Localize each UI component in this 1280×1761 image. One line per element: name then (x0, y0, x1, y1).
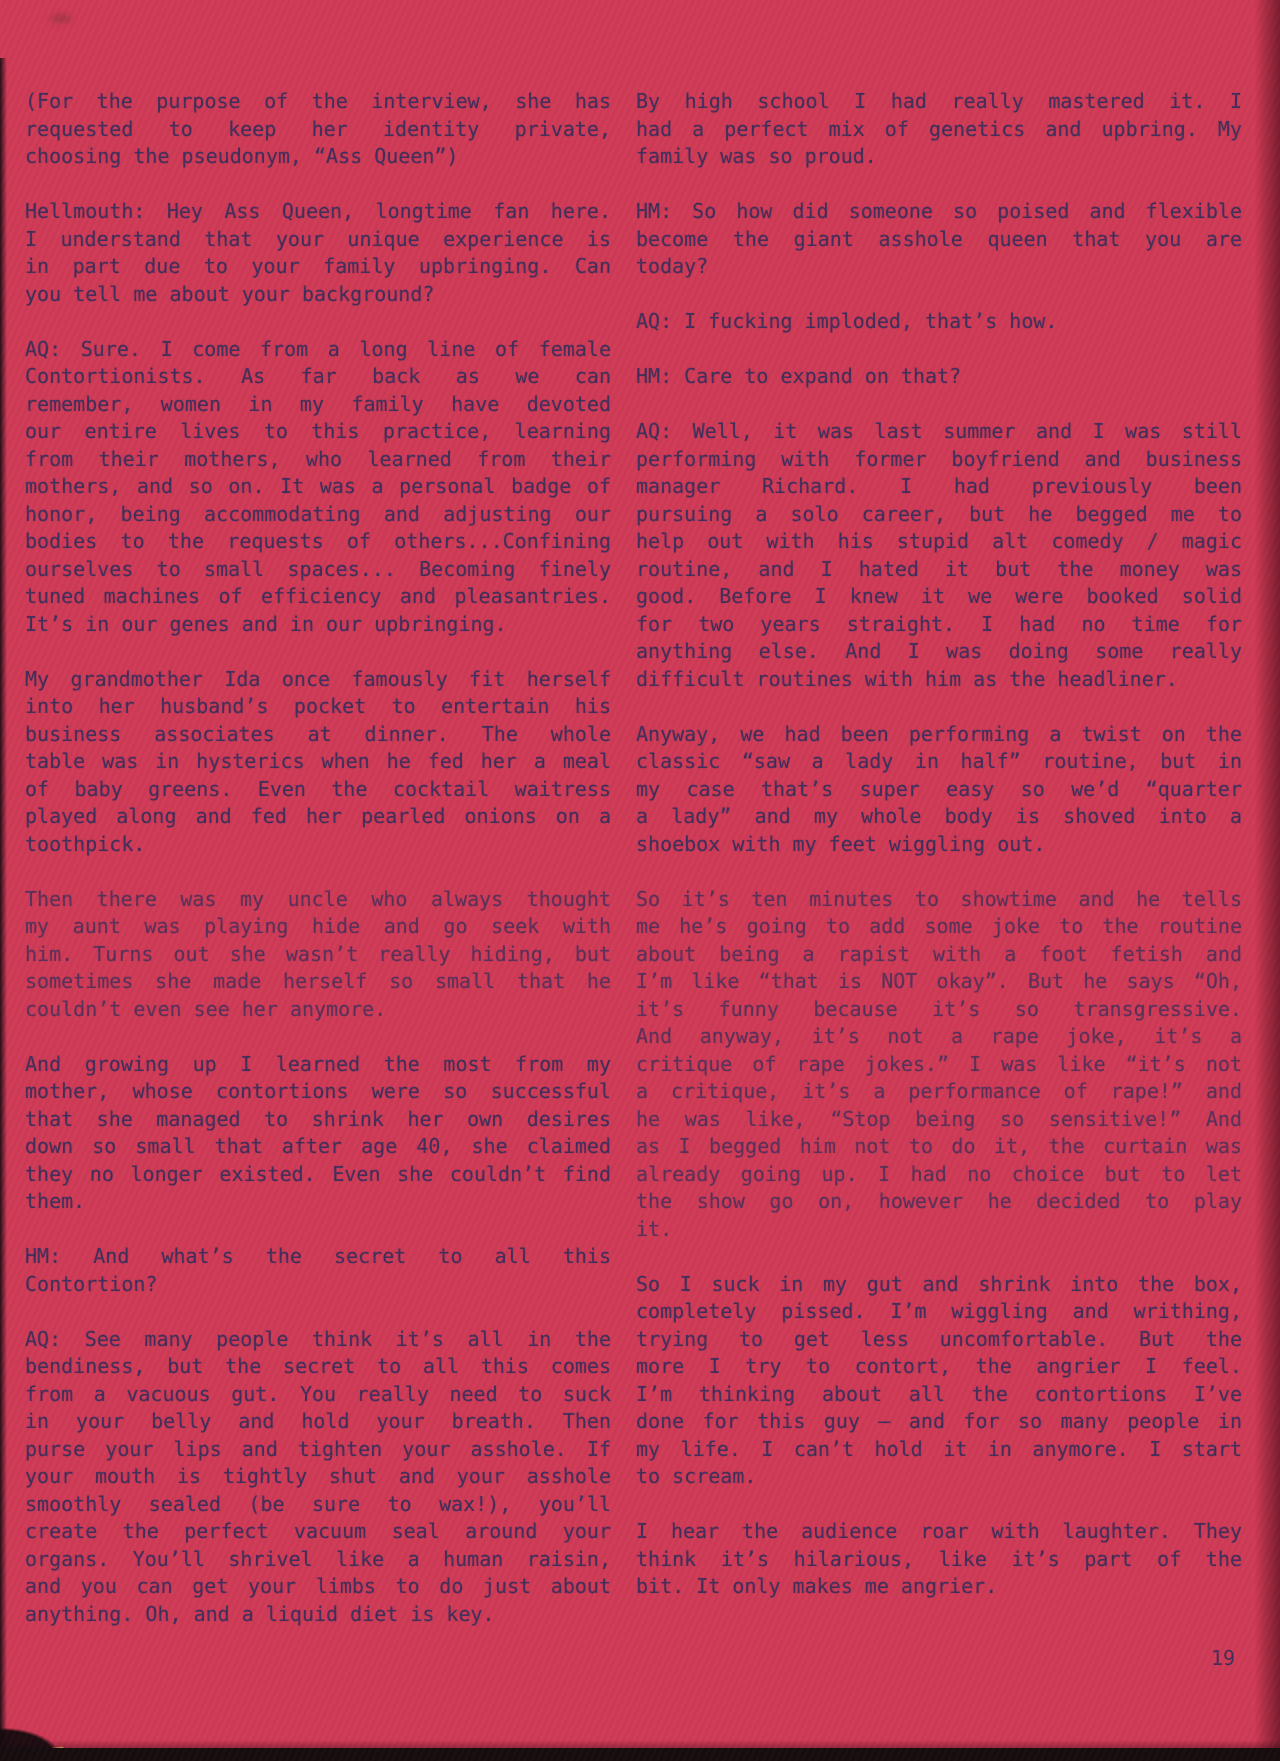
paragraph: And growing up I learned the most from m… (25, 1051, 611, 1216)
text-line: performing with former boyfriend and bus… (636, 446, 1242, 474)
text-line: in your belly and hold your breath. Then (25, 1408, 611, 1436)
text-line: for two years straight. I had no time fo… (636, 611, 1242, 639)
text-line: your mouth is tightly shut and your assh… (25, 1463, 611, 1491)
text-line: routine, and I hated it but the money wa… (636, 556, 1242, 584)
text-line: my aunt was playing hide and go seek wit… (25, 913, 611, 941)
text-line: HM: So how did someone so poised and fle… (636, 198, 1242, 226)
zine-page: (For the purpose of the interview, she h… (0, 0, 1280, 1761)
paragraph: Hellmouth: Hey Ass Queen, longtime fan h… (25, 198, 611, 308)
text-line: AQ: I fucking imploded, that’s how. (636, 308, 1242, 336)
text-line: (For the purpose of the interview, she h… (25, 88, 611, 116)
paragraph: My grandmother Ida once famously fit her… (25, 666, 611, 859)
right-text-column: By high school I had really mastered it.… (636, 88, 1242, 1601)
text-line: honor, being accommodating and adjusting… (25, 501, 611, 529)
text-line: done for this guy – and for so many peop… (636, 1408, 1242, 1436)
text-line: he was like, “Stop being so sensitive!” … (636, 1106, 1242, 1134)
text-line: become the giant asshole queen that you … (636, 226, 1242, 254)
text-line: remember, women in my family have devote… (25, 391, 611, 419)
text-line: more I try to contort, the angrier I fee… (636, 1353, 1242, 1381)
text-line: organs. You’ll shrivel like a human rais… (25, 1546, 611, 1574)
text-line: a lady” and my whole body is shoved into… (636, 803, 1242, 831)
text-line: completely pissed. I’m wiggling and writ… (636, 1298, 1242, 1326)
text-line: my life. I can’t hold it in anymore. I s… (636, 1436, 1242, 1464)
text-line: as I begged him not to do it, the curtai… (636, 1133, 1242, 1161)
paragraph: HM: Care to expand on that? (636, 363, 1242, 391)
paragraph: Anyway, we had been performing a twist o… (636, 721, 1242, 859)
text-line: business associates at dinner. The whole (25, 721, 611, 749)
paragraph: So it’s ten minutes to showtime and he t… (636, 886, 1242, 1244)
text-line: from their mothers, who learned from the… (25, 446, 611, 474)
text-line: sometimes she made herself so small that… (25, 968, 611, 996)
text-line: shoebox with my feet wiggling out. (636, 831, 1242, 859)
text-line: anything. Oh, and a liquid diet is key. (25, 1601, 611, 1629)
paper-smudge (50, 14, 72, 23)
text-line: family was so proud. (636, 143, 1242, 171)
paragraph: I hear the audience roar with laughter. … (636, 1518, 1242, 1601)
text-line: AQ: Well, it was last summer and I was s… (636, 418, 1242, 446)
text-line: down so small that after age 40, she cla… (25, 1133, 611, 1161)
left-edge-shadow (0, 58, 7, 1761)
text-line: critique of rape jokes.” I was like “it’… (636, 1051, 1242, 1079)
text-line: And anyway, it’s not a rape joke, it’s a (636, 1023, 1242, 1051)
paragraph: AQ: I fucking imploded, that’s how. (636, 308, 1242, 336)
paragraph: HM: So how did someone so poised and fle… (636, 198, 1242, 281)
text-line: bit. It only makes me angrier. (636, 1573, 1242, 1601)
text-line: pursuing a solo career, but he begged me… (636, 501, 1242, 529)
text-line: create the perfect vacuum seal around yo… (25, 1518, 611, 1546)
text-line: purse your lips and tighten your asshole… (25, 1436, 611, 1464)
text-line: tuned machines of efficiency and pleasan… (25, 583, 611, 611)
text-line: you tell me about your background? (25, 281, 611, 309)
text-line: anything else. And I was doing some real… (636, 638, 1242, 666)
text-line: Hellmouth: Hey Ass Queen, longtime fan h… (25, 198, 611, 226)
text-line: I understand that your unique experience… (25, 226, 611, 254)
text-line: played along and fed her pearled onions … (25, 803, 611, 831)
text-line: in part due to your family upbringing. C… (25, 253, 611, 281)
text-line: him. Turns out she wasn’t really hiding,… (25, 941, 611, 969)
bottom-black-bar (0, 1748, 1280, 1761)
text-line: manager Richard. I had previously been (636, 473, 1242, 501)
text-line: them. (25, 1188, 611, 1216)
text-line: had a perfect mix of genetics and upbrin… (636, 116, 1242, 144)
text-line: So it’s ten minutes to showtime and he t… (636, 886, 1242, 914)
paragraph: AQ: Sure. I come from a long line of fem… (25, 336, 611, 639)
text-line: couldn’t even see her anymore. (25, 996, 611, 1024)
text-line: into her husband’s pocket to entertain h… (25, 693, 611, 721)
text-line: Contortionists. As far back as we can (25, 363, 611, 391)
text-line: table was in hysterics when he fed her a… (25, 748, 611, 776)
text-line: I hear the audience roar with laughter. … (636, 1518, 1242, 1546)
text-line: bendiness, but the secret to all this co… (25, 1353, 611, 1381)
text-line: it. (636, 1216, 1242, 1244)
text-line: my case that’s super easy so we’d “quart… (636, 776, 1242, 804)
right-edge-shadow (1254, 0, 1280, 1761)
text-line: classic “saw a lady in half” routine, bu… (636, 748, 1242, 776)
text-line: And growing up I learned the most from m… (25, 1051, 611, 1079)
text-line: mother, whose contortions were so succes… (25, 1078, 611, 1106)
text-line: that she managed to shrink her own desir… (25, 1106, 611, 1134)
text-line: difficult routines with him as the headl… (636, 666, 1242, 694)
text-line: Then there was my uncle who always thoug… (25, 886, 611, 914)
text-line: to scream. (636, 1463, 1242, 1491)
text-line: AQ: See many people think it’s all in th… (25, 1326, 611, 1354)
text-line: By high school I had really mastered it.… (636, 88, 1242, 116)
text-line: trying to get less uncomfortable. But th… (636, 1326, 1242, 1354)
paragraph: So I suck in my gut and shrink into the … (636, 1271, 1242, 1491)
left-text-column: (For the purpose of the interview, she h… (25, 88, 611, 1628)
text-line: our entire lives to this practice, learn… (25, 418, 611, 446)
text-line: I’m like “that is NOT okay”. But he says… (636, 968, 1242, 996)
text-line: I’m thinking about all the contortions I… (636, 1381, 1242, 1409)
text-line: help out with his stupid alt comedy / ma… (636, 528, 1242, 556)
text-line: think it’s hilarious, like it’s part of … (636, 1546, 1242, 1574)
text-line: HM: Care to expand on that? (636, 363, 1242, 391)
text-line: the show go on, however he decided to pl… (636, 1188, 1242, 1216)
paragraph: Then there was my uncle who always thoug… (25, 886, 611, 1024)
paragraph: HM: And what’s the secret to all thisCon… (25, 1243, 611, 1298)
text-line: it’s funny because it’s so transgressive… (636, 996, 1242, 1024)
text-line: requested to keep her identity private, (25, 116, 611, 144)
text-line: toothpick. (25, 831, 611, 859)
text-line: about being a rapist with a foot fetish … (636, 941, 1242, 969)
text-line: from a vacuous gut. You really need to s… (25, 1381, 611, 1409)
text-line: ourselves to small spaces... Becoming fi… (25, 556, 611, 584)
page-number: 19 (1211, 1645, 1235, 1672)
text-line: of baby greens. Even the cocktail waitre… (25, 776, 611, 804)
text-line: choosing the pseudonym, “Ass Queen”) (25, 143, 611, 171)
text-line: me he’s going to add some joke to the ro… (636, 913, 1242, 941)
text-line: good. Before I knew it we were booked so… (636, 583, 1242, 611)
text-line: today? (636, 253, 1242, 281)
text-line: smoothly sealed (be sure to wax!), you’l… (25, 1491, 611, 1519)
text-line: HM: And what’s the secret to all this (25, 1243, 611, 1271)
text-line: Anyway, we had been performing a twist o… (636, 721, 1242, 749)
text-line: My grandmother Ida once famously fit her… (25, 666, 611, 694)
text-line: AQ: Sure. I come from a long line of fem… (25, 336, 611, 364)
text-line: bodies to the requests of others...Confi… (25, 528, 611, 556)
paragraph: AQ: See many people think it’s all in th… (25, 1326, 611, 1629)
text-line: It’s in our genes and in our upbringing. (25, 611, 611, 639)
paragraph: AQ: Well, it was last summer and I was s… (636, 418, 1242, 693)
paragraph: By high school I had really mastered it.… (636, 88, 1242, 171)
text-line: and you can get your limbs to do just ab… (25, 1573, 611, 1601)
text-line: a critique, it’s a performance of rape!”… (636, 1078, 1242, 1106)
paragraph: (For the purpose of the interview, she h… (25, 88, 611, 171)
text-line: So I suck in my gut and shrink into the … (636, 1271, 1242, 1299)
text-line: they no longer existed. Even she couldn’… (25, 1161, 611, 1189)
text-line: Contortion? (25, 1271, 611, 1299)
text-line: already going up. I had no choice but to… (636, 1161, 1242, 1189)
text-line: mothers, and so on. It was a personal ba… (25, 473, 611, 501)
